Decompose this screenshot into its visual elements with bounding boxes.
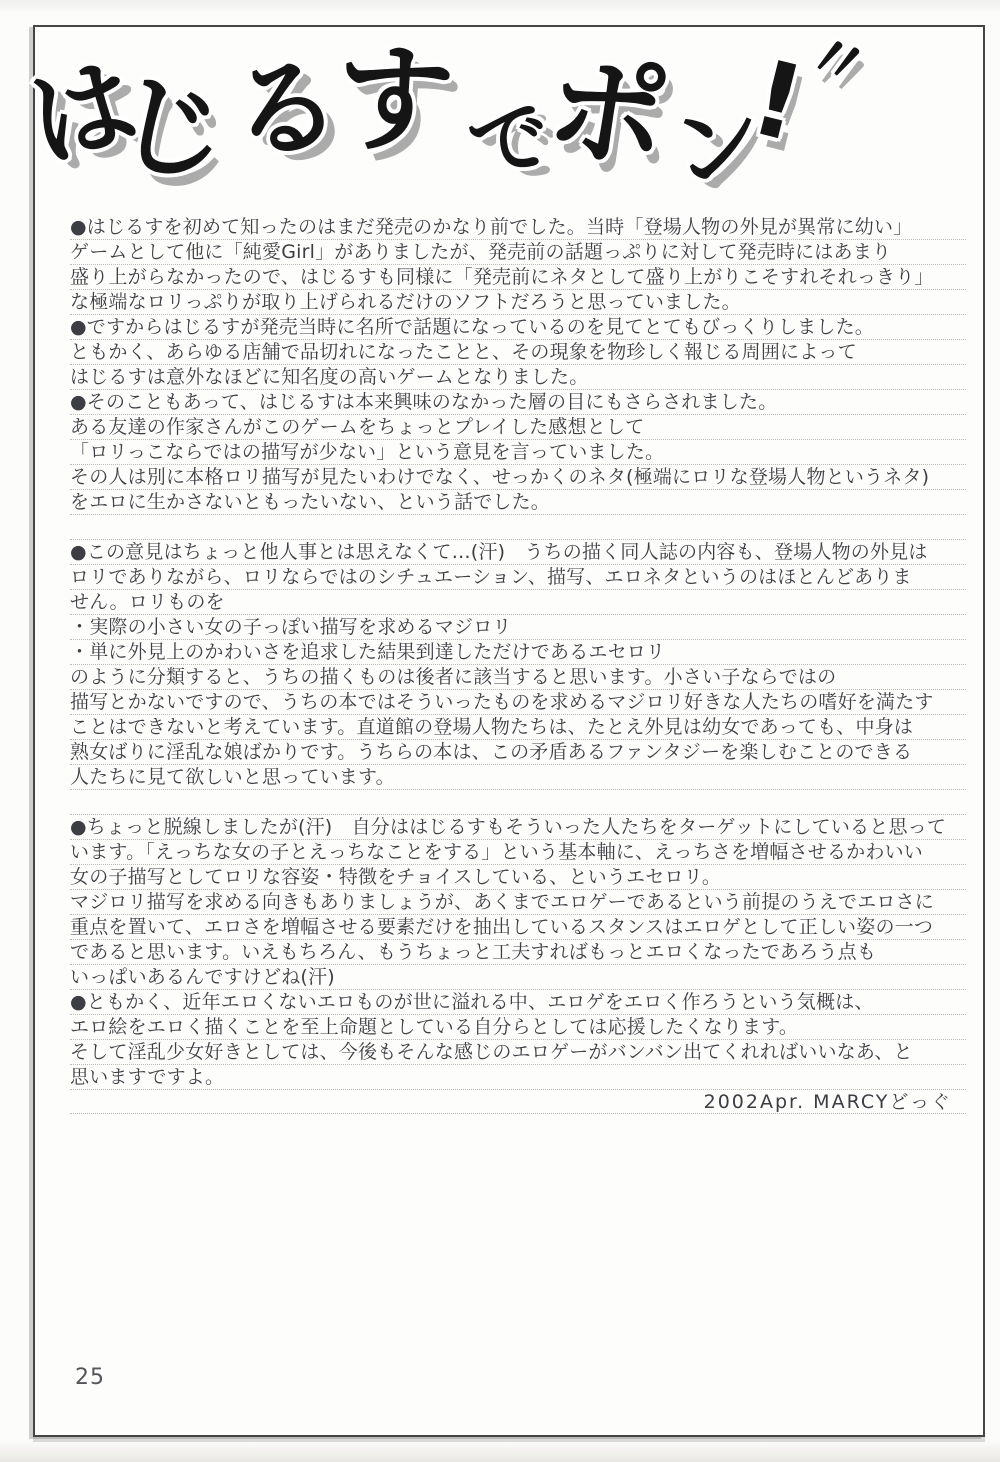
body-text: ●はじるすを初めて知ったのはまだ発売のかなり前でした。当時「登場人物の外見が異常… <box>70 215 966 1114</box>
text-line: そして淫乱少女好きとしては、今後もそんな感じのエロゲーがバンバン出てくれればいい… <box>70 1040 966 1065</box>
text-line: ロリでありながら、ロリならではのシチュエーション、描写、エロネタというのはほとん… <box>70 565 966 590</box>
text-line: ●はじるすを初めて知ったのはまだ発売のかなり前でした。当時「登場人物の外見が異常… <box>70 215 966 240</box>
text-line: ・単に外見上のかわいさを追求した結果到達しただけであるエセロリ <box>70 640 966 665</box>
text-line: ともかく、あらゆる店舗で品切れになったことと、その現象を物珍しく報じる周囲によっ… <box>70 340 966 365</box>
text-line: な極端なロリっぷりが取り上げられるだけのソフトだろうと思っていました。 <box>70 290 966 315</box>
text-line: 重点を置いて、エロさを増幅させる要素だけを抽出しているスタンスはエロゲとして正し… <box>70 915 966 940</box>
text-line: 盛り上がらなかったので、はじるすも同様に「発売前にネタとして盛り上がりこそすれそ… <box>70 265 966 290</box>
title-char: ! <box>742 45 813 157</box>
title-char: ン <box>666 96 769 199</box>
text-line: 人たちに見て欲しいと思っています。 <box>70 765 966 790</box>
text-line: います。「えっちな女の子とえっちなことをする」という基本軸に、えっちさを増幅させ… <box>70 840 966 865</box>
text-line: ことはできないと考えています。直道館の登場人物たちは、たとえ外見は幼女であっても… <box>70 715 966 740</box>
page-number: 25 <box>75 1365 105 1390</box>
title-char: じ <box>108 67 234 193</box>
title-char: 〃 <box>797 21 879 103</box>
text-line: その人は別に本格ロリ描写が見たいわけでなく、せっかくのネタ(極端にロリな登場人物… <box>70 465 966 490</box>
page-border-frame: はじるすでポン!〃 ●はじるすを初めて知ったのはまだ発売のかなり前でした。当時「… <box>33 25 985 1437</box>
text-line: ある友達の作家さんがこのゲームをちょっとプレイした感想として <box>70 415 966 440</box>
text-line: 「ロリっこならではの描写が少ない」という意見を言っていました。 <box>70 440 966 465</box>
text-line: 思いますですよ。 <box>70 1065 966 1090</box>
title-char: す <box>331 37 457 163</box>
text-line: のように分類すると、うちの描くものは後者に該当すると思います。小さい子ならではの <box>70 665 966 690</box>
signature: 2002Apr. MARCYどっぐ <box>704 1091 952 1113</box>
text-line: ・実際の小さい女の子っぽい描写を求めるマジロリ <box>70 615 966 640</box>
signature-line: 2002Apr. MARCYどっぐ <box>70 1090 966 1114</box>
page-title: はじるすでポン!〃 <box>27 45 864 165</box>
text-line: せん。ロリものを <box>70 590 966 615</box>
text-line: ●ですからはじるすが発売当時に名所で話題になっているのを見てとてもびっくりしまし… <box>70 315 966 340</box>
text-line: ゲームとして他に「純愛Girl」がありましたが、発売前の話題っぷりに対して発売時… <box>70 240 966 265</box>
title-char: で <box>462 94 558 190</box>
text-line <box>70 515 966 540</box>
text-line: 描写とかないですので、うちの本ではそういったものを求めるマジロリ好きな人たちの嗜… <box>70 690 966 715</box>
text-line: であると思います。いえもちろん、もうちょっと工夫すればもっとエロくなったであろう… <box>70 940 966 965</box>
text-line: ●ちょっと脱線しましたが(汗) 自分ははじるすもそういった人たちをターゲットにし… <box>70 815 966 840</box>
title-char: る <box>222 47 349 174</box>
text-line: 女の子描写としてロリな容姿・特徴をチョイスしている、というエセロリ。 <box>70 865 966 890</box>
text-line: 熟女ばりに淫乱な娘ばかりです。うちらの本は、この矛盾あるファンタジーを楽しむこと… <box>70 740 966 765</box>
scanned-page: はじるすでポン!〃 ●はじるすを初めて知ったのはまだ発売のかなり前でした。当時「… <box>0 0 1000 1462</box>
title-char: は <box>20 49 146 175</box>
text-line: いっぱいあるんですけどね(汗) <box>70 965 966 990</box>
text-line: ●この意見はちょっと他人事とは思えなくて…(汗) うちの描く同人誌の内容も、登場… <box>70 540 966 565</box>
text-line: エロ絵をエロく描くことを至上命題としている自分らとしては応援したくなります。 <box>70 1015 966 1040</box>
text-lines: ●はじるすを初めて知ったのはまだ発売のかなり前でした。当時「登場人物の外見が異常… <box>70 215 966 1090</box>
text-line: ●そのこともあって、はじるすは本来興味のなかった層の目にもさらされました。 <box>70 390 966 415</box>
text-line: はじるすは意外なほどに知名度の高いゲームとなりました。 <box>70 365 966 390</box>
text-line: をエロに生かさないともったいない、という話でした。 <box>70 490 966 515</box>
text-line <box>70 790 966 815</box>
text-line: ●ともかく、近年エロくないエロものが世に溢れる中、エロゲをエロく作ろうという気概… <box>70 990 966 1015</box>
text-line: マジロリ描写を求める向きもありましょうが、あくまでエロゲーであるという前提のうえ… <box>70 890 966 915</box>
title-char: ポ <box>539 46 676 183</box>
